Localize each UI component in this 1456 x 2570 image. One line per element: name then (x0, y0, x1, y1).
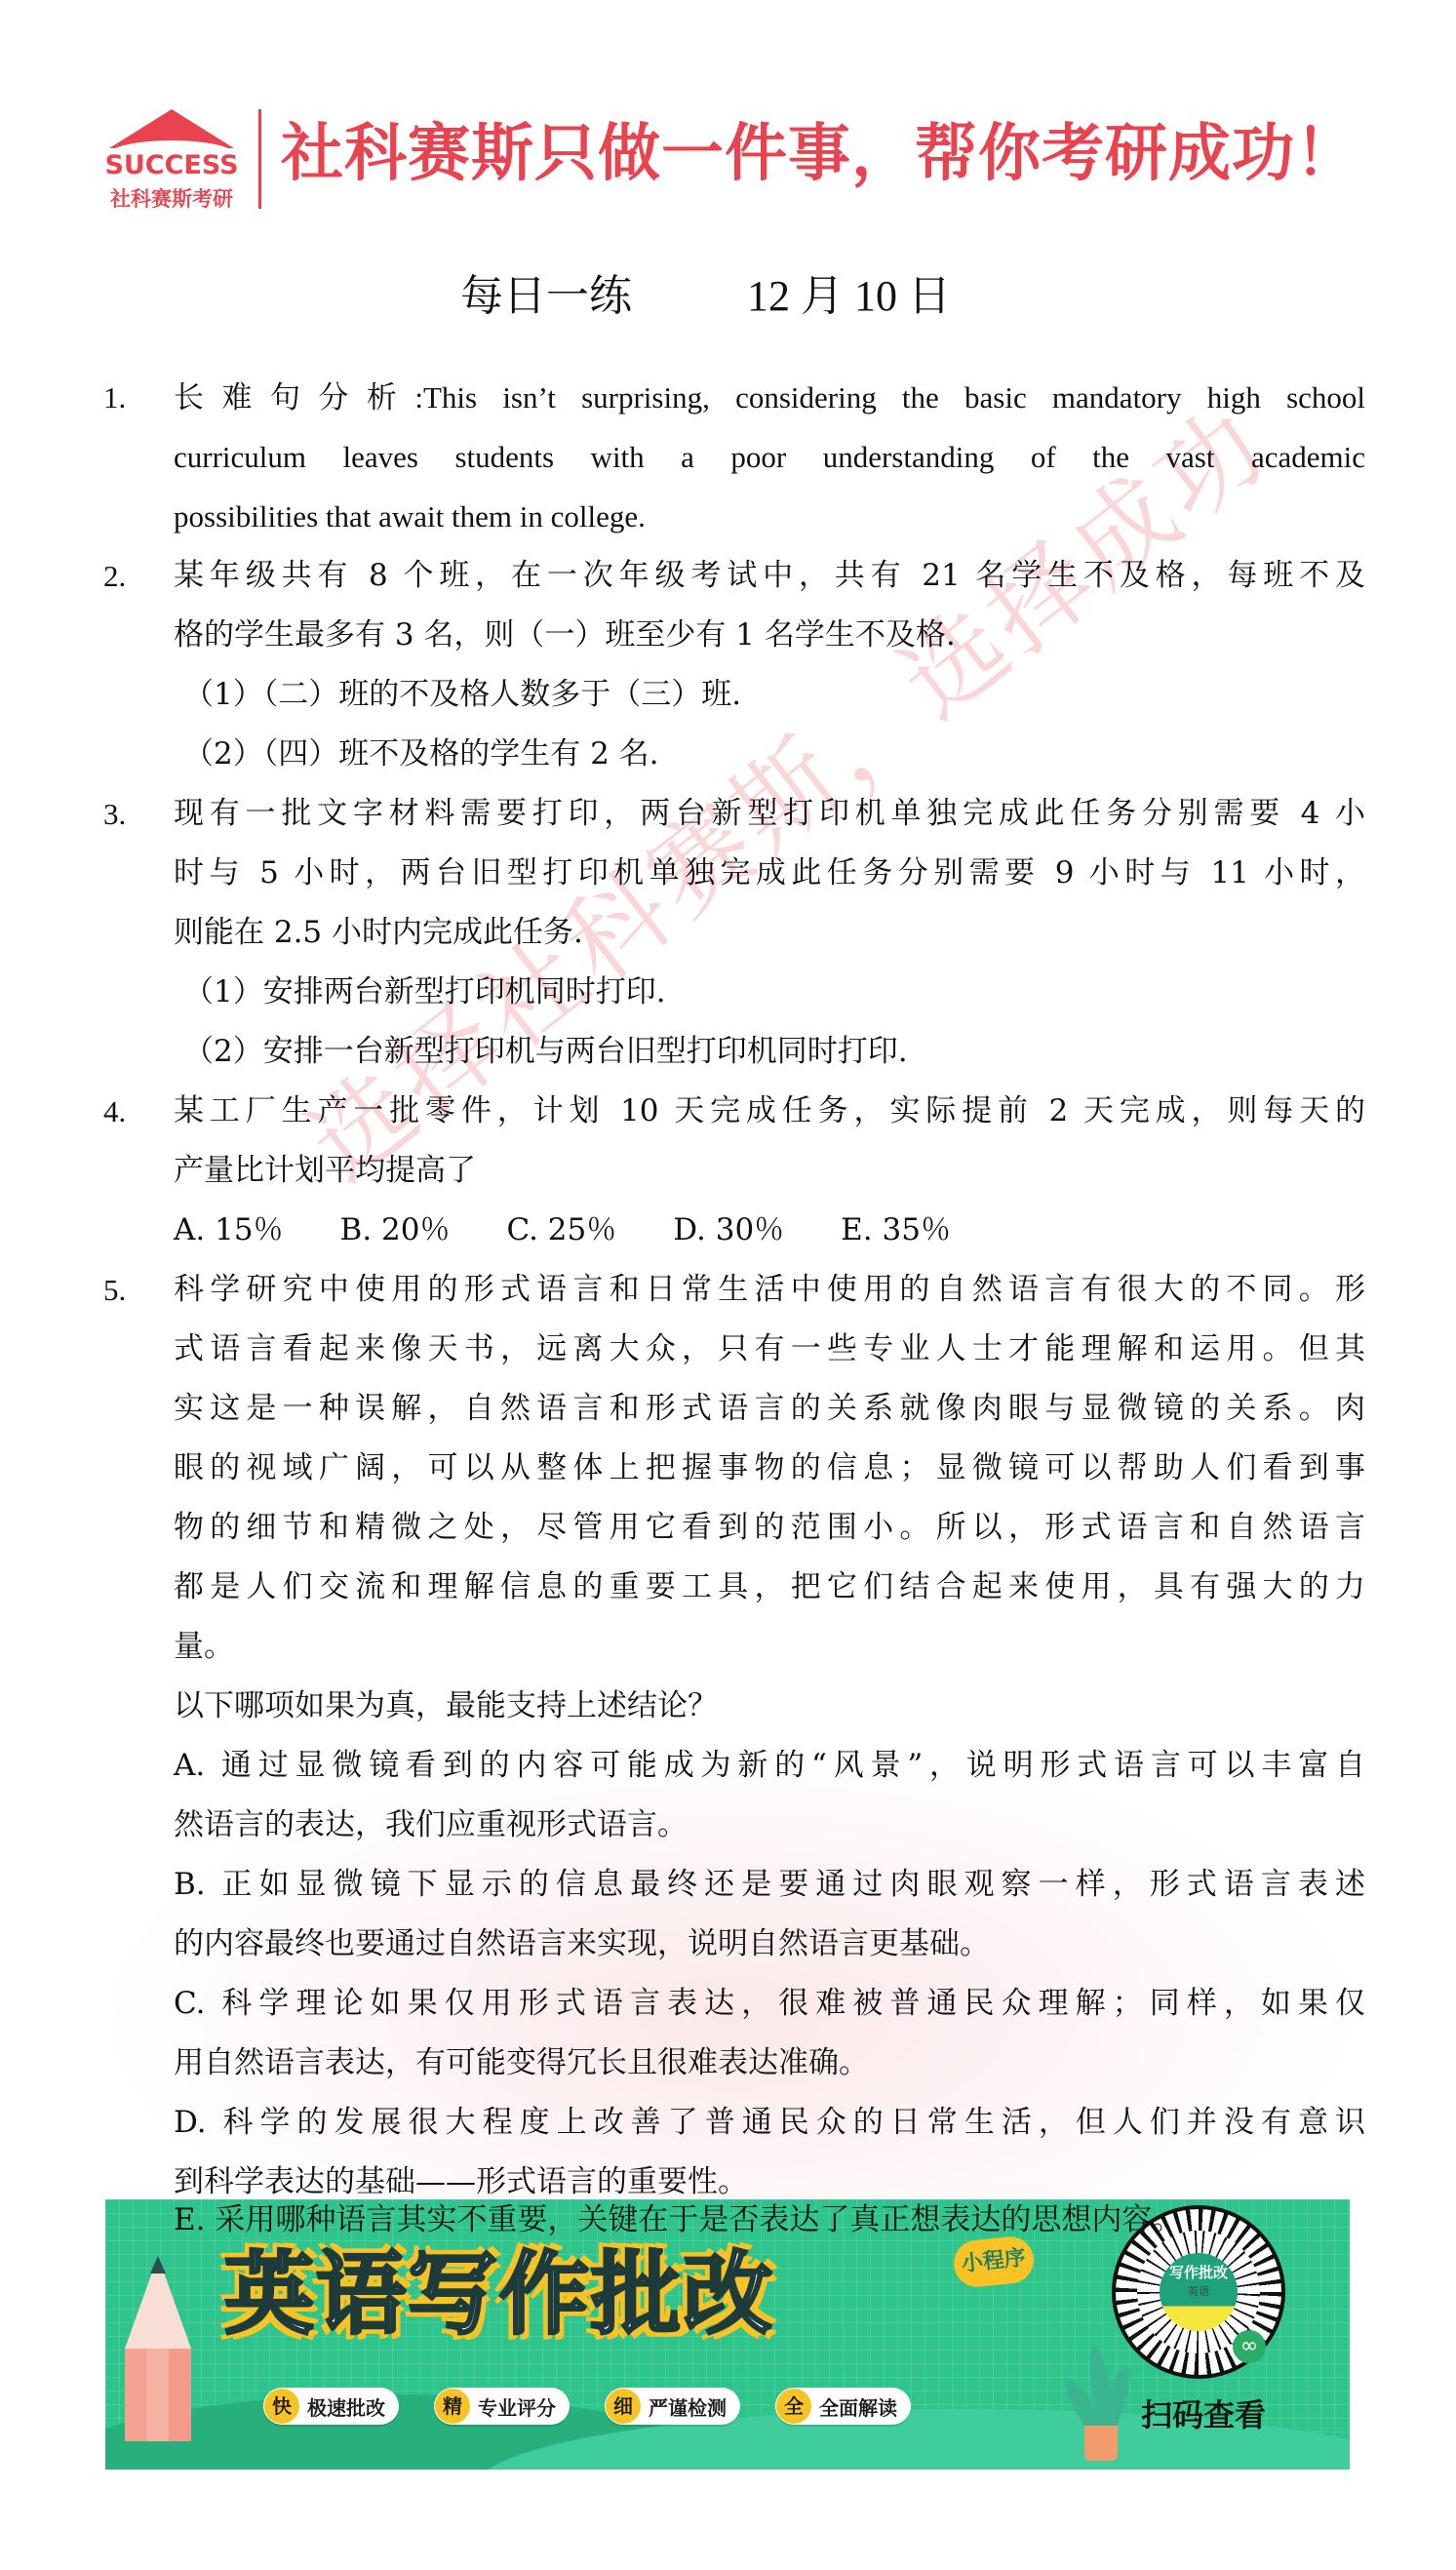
option-c: C. 25％ (506, 1201, 616, 1260)
question-number: 4. (103, 1082, 126, 1141)
brand-logo: SUCCESS 社科赛斯考研 (103, 107, 240, 211)
feature-badge: 细 (606, 2389, 641, 2424)
choice-c: C. 科学理论如果仅用形式语言表达，很难被普通民众理解；同样，如果仅 (174, 1974, 1365, 2034)
choice-a-cont: 然语言的表达，我们应重视形式语言。 (174, 1796, 1365, 1855)
condition-2: （2）（四）班不及格的学生有 2 名. (174, 725, 1365, 784)
text-line: 式语言看起来像天书，远离大众，只有一些专业人士才能理解和运用。但其 (174, 1320, 1365, 1379)
text-line: 格的学生最多有 3 名，则（一）班至少有 1 名学生不及格. (174, 606, 1365, 665)
text-line: possibilities that await them in college… (174, 487, 1365, 546)
feature-label: 专业评分 (478, 2392, 556, 2421)
text-line: 实这是一种误解，自然语言和形式语言的关系就像肉眼与显微镜的关系。肉 (174, 1379, 1365, 1439)
feature-label: 极速批改 (307, 2392, 385, 2421)
text-line: 眼的视域广阔，可以从整体上把握事物的信息；显微镜可以帮助人们看到事 (174, 1439, 1365, 1498)
banner-headline: 英语写作批改 (224, 2250, 774, 2340)
choice-a: A. 通过显微镜看到的内容可能成为新的“风景”，说明形式语言可以丰富自 (174, 1736, 1365, 1796)
question-number: 3. (103, 784, 126, 844)
feature-pill: 精 专业评分 (434, 2388, 570, 2425)
question-number: 1. (103, 368, 126, 427)
text-line: 则能在 2.5 小时内完成此任务. (174, 903, 1365, 963)
text-line: 某工厂生产一批零件，计划 10 天完成任务，实际提前 2 天完成，则每天的 (174, 1082, 1365, 1141)
question-3: 3. 现有一批文字材料需要打印，两台新型打印机单独完成此任务分别需要 4 小 时… (0, 784, 1365, 1082)
plant-icon (1071, 2346, 1129, 2453)
feature-label: 全面解读 (819, 2392, 897, 2421)
choice-d: D. 科学的发展很大程度上改善了普通民众的日常生活，但人们并没有意识 (174, 2093, 1365, 2153)
text-line: 量。 (174, 1617, 1365, 1677)
answer-options: A. 15％B. 20％C. 25％D. 30％E. 35％ (174, 1201, 1365, 1260)
question-number: 2. (103, 546, 126, 606)
feature-pill: 细 严谨检测 (605, 2388, 740, 2425)
option-a: A. 15％ (174, 1201, 284, 1260)
header-divider (258, 109, 261, 209)
choice-b: B. 正如显微镜下显示的信息最终还是要通过肉眼观察一样，形式语言表述 (174, 1855, 1365, 1915)
feature-label: 严谨检测 (649, 2392, 727, 2421)
question-5: 5. 科学研究中使用的形式语言和日常生活中使用的自然语言有很大的不同。形 式语言… (0, 1260, 1365, 2212)
question-prompt: 以下哪项如果为真，最能支持上述结论？ (174, 1677, 1365, 1736)
text-line: 科学研究中使用的形式语言和日常生活中使用的自然语言有很大的不同。形 (174, 1260, 1365, 1320)
logo-wordmark-en: SUCCESS (103, 150, 240, 180)
condition-1: （1）安排两台新型打印机同时打印. (174, 963, 1365, 1022)
choice-c-cont: 用自然语言表达，有可能变得冗长且很难表达准确。 (174, 2034, 1365, 2093)
question-1: 1. 长难句分析:This isn’t surprising, consider… (0, 368, 1365, 546)
feature-pill: 快 极速批改 (263, 2388, 399, 2425)
pencil-icon (125, 2256, 191, 2441)
feature-list: 快 极速批改 精 专业评分 细 严谨检测 全 全面解读 (263, 2388, 911, 2425)
title-date: 12 月 10 日 (747, 272, 951, 320)
question-list: 1. 长难句分析:This isn’t surprising, consider… (0, 368, 1456, 2212)
condition-1: （1）（二）班的不及格人数多于（三）班. (174, 665, 1365, 725)
question-4: 4. 某工厂生产一批零件，计划 10 天完成任务，实际提前 2 天完成，则每天的… (0, 1082, 1365, 1260)
text-line: 物的细节和精微之处，尽管用它看到的范围小。所以，形式语言和自然语言 (174, 1498, 1365, 1558)
option-e: E. 35％ (841, 1201, 951, 1260)
choice-e: E. 采用哪种语言其实不重要，关键在于是否表达了真正想表达的思想内容。 (174, 2199, 1182, 2243)
page-title: 每日一练12 月 10 日 (460, 271, 951, 323)
scan-label: 扫码查看 (1141, 2391, 1266, 2435)
header-slogan: 社科赛斯只做一件事，帮你考研成功！ (281, 123, 1358, 185)
text-line: 都是人们交流和理解信息的重要工具，把它们结合起来使用，具有强大的力 (174, 1558, 1365, 1617)
option-d: D. 30％ (673, 1201, 784, 1260)
text-line: curriculum leaves students with a poor u… (174, 427, 1365, 487)
feature-badge: 精 (435, 2389, 470, 2424)
condition-2: （2）安排一台新型打印机与两台旧型打印机同时打印. (174, 1022, 1365, 1082)
text-line: 某年级共有 8 个班，在一次年级考试中，共有 21 名学生不及格，每班不及 (174, 546, 1365, 606)
question-2: 2. 某年级共有 8 个班，在一次年级考试中，共有 21 名学生不及格，每班不及… (0, 546, 1365, 784)
logo-wordmark-cn: 社科赛斯考研 (103, 183, 240, 213)
feature-pill: 全 全面解读 (775, 2388, 911, 2425)
title-label: 每日一练 (460, 271, 632, 321)
feature-badge: 全 (776, 2389, 811, 2424)
choice-b-cont: 的内容最终也要通过自然语言来实现，说明自然语言更基础。 (174, 1915, 1365, 1974)
question-number: 5. (103, 1260, 126, 1320)
mini-program-icon: ∞ (1233, 2330, 1266, 2363)
qr-center-sub: 英语 (1160, 2285, 1238, 2299)
text-line: 时与 5 小时，两台旧型打印机单独完成此任务分别需要 9 小时与 11 小时， (174, 844, 1365, 903)
feature-badge: 快 (264, 2389, 299, 2424)
text-line: 长难句分析:This isn’t surprising, considering… (174, 368, 1365, 427)
option-b: B. 20％ (340, 1201, 451, 1260)
text-line: 现有一批文字材料需要打印，两台新型打印机单独完成此任务分别需要 4 小 (174, 784, 1365, 844)
text-line: 产量比计划平均提高了 (174, 1141, 1365, 1201)
qr-center-title: 写作批改 (1160, 2253, 1238, 2281)
promo-banner[interactable]: E. 采用哪种语言其实不重要，关键在于是否表达了真正想表达的思想内容。 英语写作… (105, 2199, 1350, 2470)
qr-center-logo: 写作批改 英语 (1160, 2253, 1238, 2331)
